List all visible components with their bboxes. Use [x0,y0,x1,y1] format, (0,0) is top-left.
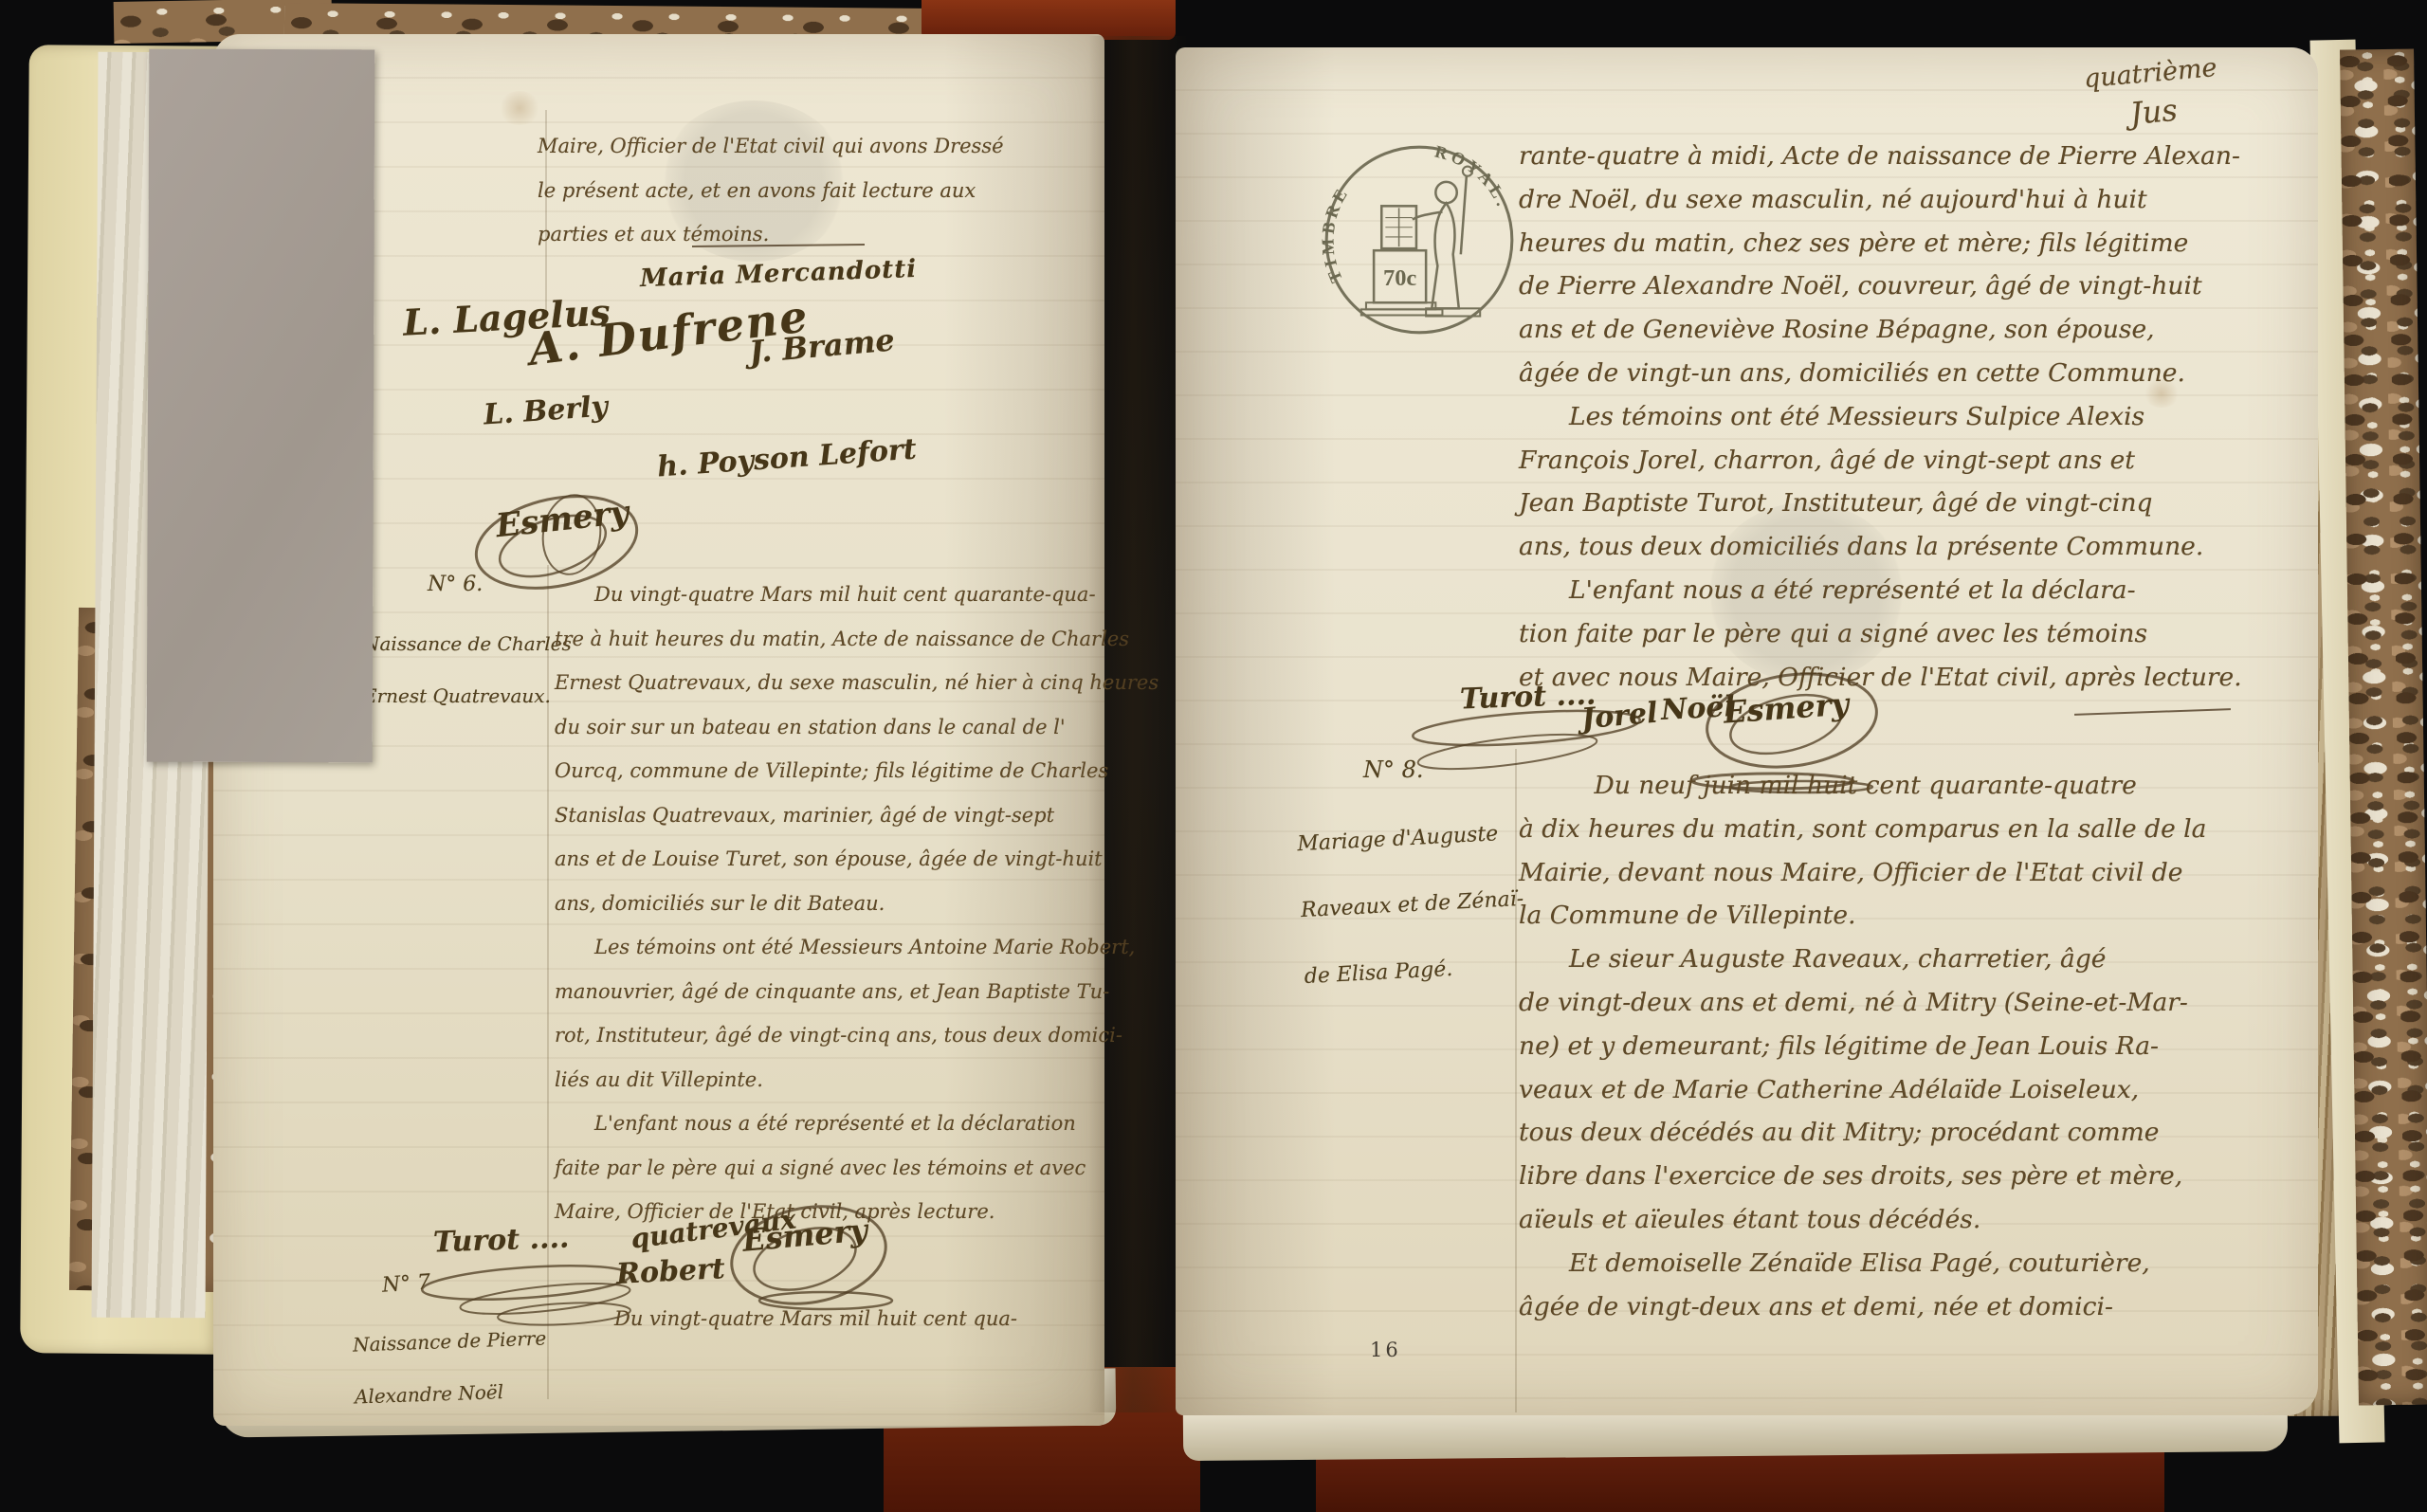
manuscript-line: Les témoins ont été Messieurs Sulpice Al… [1519,395,2325,439]
manuscript-line: Raveaux et de Zénaï- [1299,866,1525,944]
manuscript-line: de Pierre Alexandre Noël, couvreur, âgé … [1519,264,2325,308]
manuscript-line: à dix heures du matin, sont comparus en … [1519,808,2325,851]
manuscript-line: ans, domiciliés sur le dit Bateau. [555,882,1114,926]
manuscript-line: Le sieur Auguste Raveaux, charretier, âg… [1519,938,2325,981]
manuscript-line: ans et de Louise Turet, son épouse, âgée… [555,837,1114,882]
act7-margin-title: Naissance de PierreAlexandre Noël [352,1312,549,1423]
manuscript-line: Ernest Quatrevaux. [363,670,572,722]
manuscript-line: Stanislas Quatrevaux, marinier, âgé de v… [555,793,1114,838]
act6-margin-title: Naissance de CharlesErnest Quatrevaux. [363,618,572,722]
manuscript-line: tous deux décédés au dit Mitry; procédan… [1519,1111,2325,1155]
act6-margin-number: N° 6. [428,573,483,596]
act7-margin-number: N° 7 [381,1270,431,1298]
manuscript-line: de Elisa Pagé. [1303,933,1529,1011]
act8-text: Du neuf juin mil huit cent quarante-quat… [1519,764,2325,1328]
manuscript-line: tre à huit heures du matin, Acte de nais… [555,617,1114,662]
manuscript-line: aïeuls et aïeules étant tous décédés. [1519,1198,2325,1242]
act7-first-line: Du vingt-quatre Mars mil huit cent qua- [555,1297,1114,1341]
manuscript-line: tion faite par le père qui a signé avec … [1519,612,2325,656]
manuscript-line: faite par le père qui a signé avec les t… [555,1146,1114,1191]
manuscript-line: Et demoiselle Zénaïde Elisa Pagé, coutur… [1519,1242,2325,1285]
apres-lecture-underline [2074,708,2231,716]
svg-text:TIMBRE: TIMBRE [1318,183,1353,285]
manuscript-line: ne) et y demeurant; fils légitime de Jea… [1519,1025,2325,1068]
act6-text: Du vingt-quatre Mars mil huit cent quara… [555,573,1114,1234]
manuscript-line: manouvrier, âgé de cinquante ans, et Jea… [555,970,1114,1014]
manuscript-line: L'enfant nous a été représenté et la déc… [555,1102,1114,1146]
manuscript-line: Les témoins ont été Messieurs Antoine Ma… [555,925,1114,970]
manuscript-line: Du neuf juin mil huit cent quarante-quat… [1519,764,2325,808]
manuscript-line: ans, tous deux domiciliés dans la présen… [1519,525,2325,569]
manuscript-line: libre dans l'exercice de ses droits, ses… [1519,1155,2325,1198]
manuscript-line: rante-quatre à midi, Acte de naissance d… [1519,135,2325,178]
signature-turot-left: Turot .... [432,1222,569,1260]
manuscript-line: âgée de vingt-deux ans et demi, née et d… [1519,1285,2325,1329]
stamp-figure-staff [1461,175,1467,255]
manuscript-line: veaux et de Marie Catherine Adélaïde Loi… [1519,1068,2325,1112]
manuscript-line: Maire, Officier de l'Etat civil qui avon… [538,124,1097,169]
manuscript-line: rot, Instituteur, âgé de vingt-cinq ans,… [555,1013,1114,1058]
signature-jorel: Jorel [1580,697,1659,737]
manuscript-line: Alexandre Noël [354,1364,549,1423]
act8-margin-title: Mariage d'AugusteRaveaux et de Zénaï-de … [1296,800,1529,1011]
manuscript-line: le présent acte, et en avons fait lectur… [538,169,1097,213]
signature-robert: Robert [615,1252,725,1291]
timbre-royal-stamp: TIMBRE ROYAL. 70c [1318,138,1521,341]
manuscript-line: de vingt-deux ans et demi, né à Mitry (S… [1519,981,2325,1025]
book-gutter [1088,36,1187,1412]
manuscript-line: Naissance de Pierre [352,1312,547,1371]
manuscript-line: Ernest Quatrevaux, du sexe masculin, né … [555,661,1114,705]
manuscript-line: âgée de vingt-un ans, domiciliés en cett… [1519,352,2325,395]
manuscript-line: François Jorel, charron, âgé de vingt-se… [1519,439,2325,483]
signature-lefort: h. Poyson Lefort [656,432,918,483]
stamp-text-timbre: TIMBRE [1318,183,1353,285]
svg-text:ROYAL.: ROYAL. [1432,141,1513,211]
act8-margin-number: N° 8. [1363,756,1424,783]
manuscript-line: du soir sur un bateau en station dans le… [555,705,1114,750]
manuscript-line: Du vingt-quatre Mars mil huit cent quara… [555,573,1114,617]
manuscript-line: ans et de Geneviève Rosine Bépagne, son … [1519,308,2325,352]
stamp-text-royal: ROYAL. [1432,141,1513,211]
manuscript-line: Naissance de Charles [363,618,572,670]
manuscript-line: Jean Baptiste Turot, Instituteur, âgé de… [1519,482,2325,525]
stamp-figure-head [1435,182,1456,203]
stamp-value: 70c [1383,265,1416,291]
right-page: quatrième Jus TIMBRE ROYAL. 70c [1176,47,2318,1415]
act7-continuation-text: rante-quatre à midi, Acte de naissance d… [1519,135,2325,699]
signature-berly: L. Berly [483,390,609,431]
manuscript-line: liés au dit Villepinte. [555,1058,1114,1102]
signature-turot-right: Turot .... [1459,679,1596,717]
manuscript-line: Ourcq, commune de Villepinte; fils légit… [555,749,1114,793]
archival-register-scan: Maire, Officier de l'Etat civil qui avon… [0,0,2427,1512]
manuscript-line: la Commune de Villepinte. [1519,894,2325,938]
manuscript-line: parties et aux témoins. [538,212,1097,257]
blotter-sheet [147,49,375,763]
manuscript-line: dre Noël, du sexe masculin, né aujourd'h… [1519,178,2325,222]
manuscript-line: L'enfant nous a été représenté et la déc… [1519,569,2325,612]
signature-mercandotti: Maria Mercandotti [640,255,918,293]
manuscript-line: Mariage d'Auguste [1296,800,1523,878]
act5-closing-paragraph: Maire, Officier de l'Etat civil qui avon… [538,124,1097,257]
stamp-figure-body [1432,203,1459,308]
manuscript-line: Du vingt-quatre Mars mil huit cent qua- [555,1297,1114,1341]
foxing-spot [498,91,541,125]
manuscript-line: heures du matin, chez ses père et mère; … [1519,222,2325,265]
corner-annotation: quatrième Jus [2007,43,2297,143]
manuscript-line: Mairie, devant nous Maire, Officier de l… [1519,851,2325,895]
page-number: 16 [1370,1339,1401,1361]
